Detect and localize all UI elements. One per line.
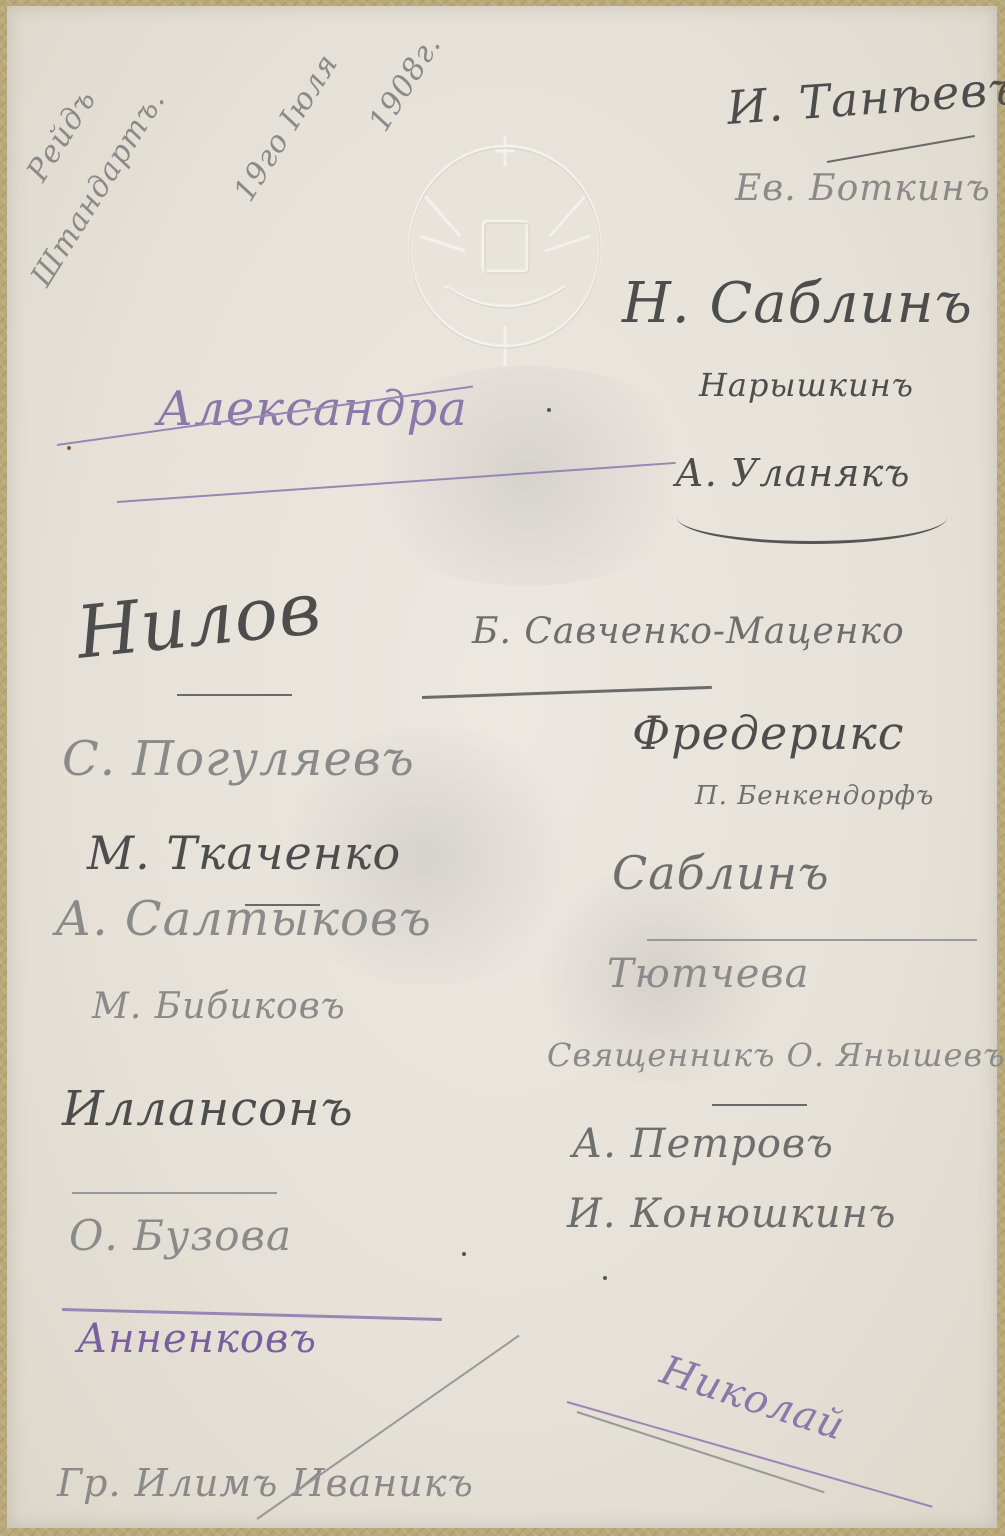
signature: Гр. Илимъ Иваникъ <box>57 1461 474 1505</box>
signature: И. Танѣевъ <box>725 61 1005 135</box>
signature: А. Петровъ <box>572 1121 834 1167</box>
ink-speck <box>547 408 551 412</box>
embossed-eagle-icon <box>385 126 625 366</box>
signature: П. Бенкендорфъ <box>695 781 934 811</box>
signature-underline <box>827 135 975 163</box>
signature: Иллансонъ <box>62 1081 354 1137</box>
signature: Нилов <box>73 566 326 675</box>
signature: М. Бибиковъ <box>92 986 346 1027</box>
signature: Тютчева <box>607 951 810 997</box>
signature: Б. Савченко-Маценко <box>472 611 905 652</box>
signature-flourish <box>677 491 947 544</box>
signature-underline <box>712 1104 807 1106</box>
signature-underline <box>72 1192 277 1194</box>
signature: Саблинъ <box>612 846 830 900</box>
signature: Ев. Боткинъ <box>735 168 991 209</box>
header-year: 1908г. <box>362 28 448 137</box>
header-date: 19го Іюля <box>227 47 345 207</box>
signature: Фредерикс <box>632 706 905 760</box>
signature-underline <box>177 694 292 696</box>
signature: М. Ткаченко <box>87 826 401 880</box>
signature: Священникъ О. Янышевъ <box>547 1036 1005 1074</box>
signature: О. Бузова <box>69 1211 292 1260</box>
signature: Анненковъ <box>77 1316 317 1362</box>
signature-underline <box>245 904 320 906</box>
signature: А. Салтыковъ <box>55 891 432 947</box>
paper-card: Рейдъ Штандартъ. 19го Іюля 1908г. И. Тан… <box>7 6 997 1528</box>
header-yacht: Штандартъ. <box>24 84 173 293</box>
ink-speck <box>603 1276 607 1280</box>
signature: Нарышкинъ <box>699 366 914 404</box>
signature-flourish <box>422 686 712 699</box>
signature: И. Конюшкинъ <box>567 1191 896 1237</box>
signature: С. Погуляевъ <box>62 731 415 787</box>
signature-underline <box>647 939 977 941</box>
ink-speck <box>462 1252 466 1256</box>
signature: Н. Саблинъ <box>622 271 973 336</box>
signature: А. Уланякъ <box>675 451 910 495</box>
ink-speck <box>67 446 71 450</box>
